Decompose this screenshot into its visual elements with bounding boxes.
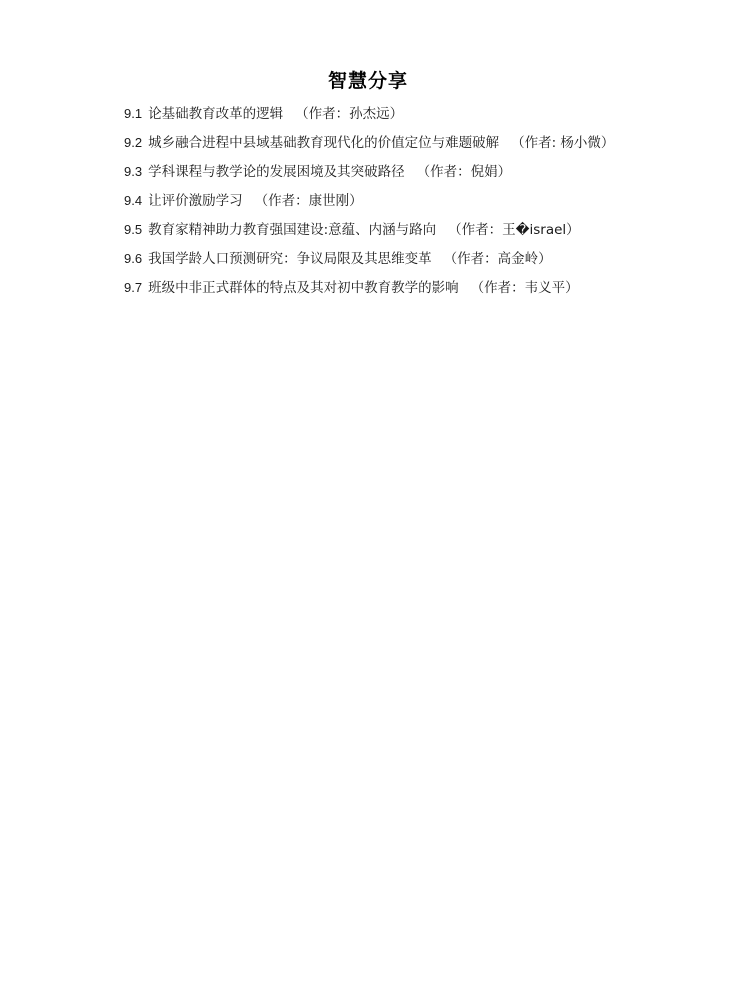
document-page: 智慧分享 9.1论基础教育改革的逻辑（作者：孙杰远） 9.2城乡融合进程中县域基… xyxy=(0,0,736,999)
toc-entry[interactable]: 9.3学科课程与教学论的发展困境及其突破路径（作者：倪娟） xyxy=(124,160,614,189)
entry-author: （作者：康世刚） xyxy=(255,193,363,209)
toc-entry[interactable]: 9.5教育家精神助力教育强国建设:意蕴、内涵与路向（作者：王�israel） xyxy=(124,218,614,247)
entry-title: 教育家精神助力教育强国建设:意蕴、内涵与路向 xyxy=(148,222,436,238)
entry-author: （作者：孙杰远） xyxy=(295,106,403,122)
toc-entry[interactable]: 9.2城乡融合进程中县域基础教育现代化的价值定位与难题破解（作者: 杨小微） xyxy=(124,131,614,160)
entry-title: 学科课程与教学论的发展困境及其突破路径 xyxy=(148,164,405,180)
entry-author: （作者: 杨小微） xyxy=(511,135,614,151)
entry-author: （作者：高金岭） xyxy=(444,251,552,267)
toc-entry[interactable]: 9.1论基础教育改革的逻辑（作者：孙杰远） xyxy=(124,102,614,131)
entry-title: 班级中非正式群体的特点及其对初中教育教学的影响 xyxy=(148,280,459,296)
entry-author: （作者：王�israel） xyxy=(448,222,580,238)
entry-number: 9.7 xyxy=(124,276,142,300)
entry-title: 让评价激励学习 xyxy=(148,193,243,209)
table-of-contents: 9.1论基础教育改革的逻辑（作者：孙杰远） 9.2城乡融合进程中县域基础教育现代… xyxy=(124,102,614,305)
entry-number: 9.1 xyxy=(124,102,142,126)
toc-entry[interactable]: 9.7班级中非正式群体的特点及其对初中教育教学的影响（作者：韦义平） xyxy=(124,276,614,305)
entry-number: 9.5 xyxy=(124,218,142,242)
entry-number: 9.3 xyxy=(124,160,142,184)
entry-author: （作者：韦义平） xyxy=(471,280,579,296)
toc-entry[interactable]: 9.6我国学龄人口预测研究：争议局限及其思维变革（作者：高金岭） xyxy=(124,247,614,276)
entry-number: 9.2 xyxy=(124,131,142,155)
entry-title: 论基础教育改革的逻辑 xyxy=(148,106,283,122)
page-title: 智慧分享 xyxy=(0,68,736,94)
entry-number: 9.4 xyxy=(124,189,142,213)
entry-title: 城乡融合进程中县域基础教育现代化的价值定位与难题破解 xyxy=(148,135,499,151)
entry-author: （作者：倪娟） xyxy=(417,164,512,180)
entry-title: 我国学龄人口预测研究：争议局限及其思维变革 xyxy=(148,251,432,267)
toc-entry[interactable]: 9.4让评价激励学习（作者：康世刚） xyxy=(124,189,614,218)
entry-number: 9.6 xyxy=(124,247,142,271)
